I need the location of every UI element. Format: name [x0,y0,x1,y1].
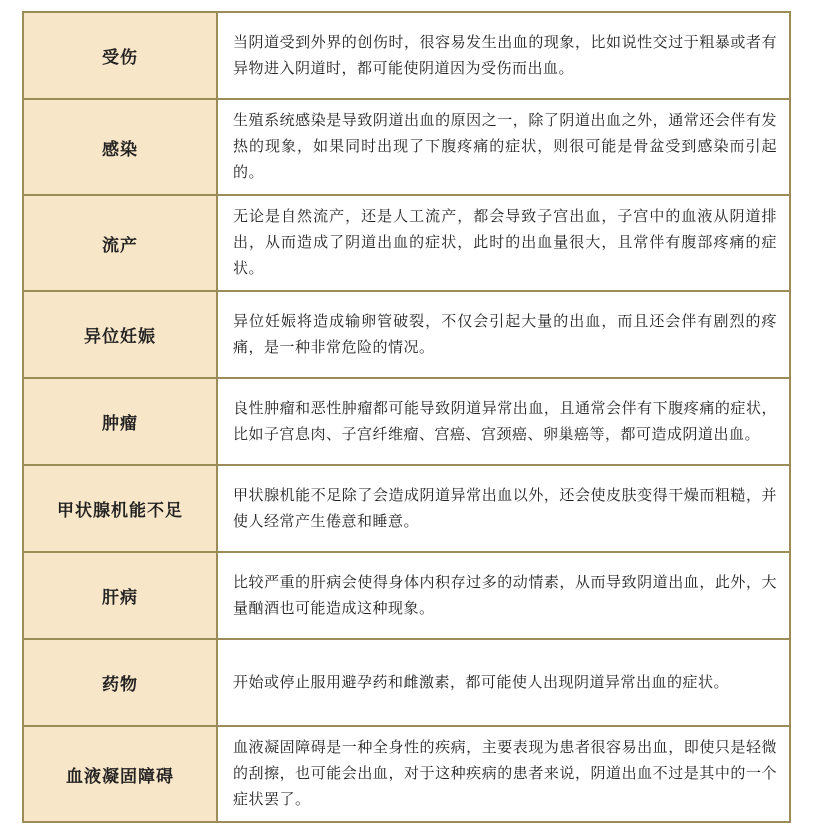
table-row: 药物 开始或停止服用避孕药和雌激素，都可能使人出现阴道异常出血的症状。 [23,639,790,726]
causes-table-container: 受伤 当阴道受到外界的创伤时，很容易发生出血的现象，比如说性交过于粗暴或者有异物… [22,11,791,823]
table-row: 感染 生殖系统感染是导致阴道出血的原因之一，除了阴道出血之外，通常还会伴有发热的… [23,99,790,195]
cause-description-cell: 甲状腺机能不足除了会造成阴道异常出血以外，还会使皮肤变得干燥而粗糙，并使人经常产… [217,465,790,552]
cause-label-cell: 药物 [23,639,217,726]
cause-label-cell: 异位妊娠 [23,291,217,378]
table-row: 异位妊娠 异位妊娠将造成输卵管破裂，不仅会引起大量的出血，而且还会伴有剧烈的疼痛… [23,291,790,378]
table-row: 血液凝固障碍 血液凝固障碍是一种全身性的疾病，主要表现为患者很容易出血，即使只是… [23,726,790,822]
table-row: 肿瘤 良性肿瘤和恶性肿瘤都可能导致阴道异常出血，且通常会伴有下腹疼痛的症状，比如… [23,378,790,465]
cause-description-cell: 无论是自然流产，还是人工流产，都会导致子宫出血，子宫中的血液从阴道排出，从而造成… [217,195,790,291]
cause-description-cell: 开始或停止服用避孕药和雌激素，都可能使人出现阴道异常出血的症状。 [217,639,790,726]
cause-description-cell: 异位妊娠将造成输卵管破裂，不仅会引起大量的出血，而且还会伴有剧烈的疼痛，是一种非… [217,291,790,378]
cause-label-cell: 甲状腺机能不足 [23,465,217,552]
table-row: 甲状腺机能不足 甲状腺机能不足除了会造成阴道异常出血以外，还会使皮肤变得干燥而粗… [23,465,790,552]
cause-label-cell: 流产 [23,195,217,291]
causes-table: 受伤 当阴道受到外界的创伤时，很容易发生出血的现象，比如说性交过于粗暴或者有异物… [22,11,791,823]
cause-description-cell: 良性肿瘤和恶性肿瘤都可能导致阴道异常出血，且通常会伴有下腹疼痛的症状，比如子宫息… [217,378,790,465]
causes-table-body: 受伤 当阴道受到外界的创伤时，很容易发生出血的现象，比如说性交过于粗暴或者有异物… [23,12,790,822]
cause-description-cell: 生殖系统感染是导致阴道出血的原因之一，除了阴道出血之外，通常还会伴有发热的现象，… [217,99,790,195]
cause-description-cell: 比较严重的肝病会使得身体内积存过多的动情素，从而导致阴道出血，此外，大量酗酒也可… [217,552,790,639]
cause-label-cell: 肿瘤 [23,378,217,465]
cause-label-cell: 受伤 [23,12,217,99]
cause-description-cell: 当阴道受到外界的创伤时，很容易发生出血的现象，比如说性交过于粗暴或者有异物进入阴… [217,12,790,99]
table-row: 肝病 比较严重的肝病会使得身体内积存过多的动情素，从而导致阴道出血，此外，大量酗… [23,552,790,639]
table-row: 受伤 当阴道受到外界的创伤时，很容易发生出血的现象，比如说性交过于粗暴或者有异物… [23,12,790,99]
cause-label-cell: 感染 [23,99,217,195]
cause-label-cell: 血液凝固障碍 [23,726,217,822]
cause-description-cell: 血液凝固障碍是一种全身性的疾病，主要表现为患者很容易出血，即使只是轻微的刮擦，也… [217,726,790,822]
table-row: 流产 无论是自然流产，还是人工流产，都会导致子宫出血，子宫中的血液从阴道排出，从… [23,195,790,291]
cause-label-cell: 肝病 [23,552,217,639]
